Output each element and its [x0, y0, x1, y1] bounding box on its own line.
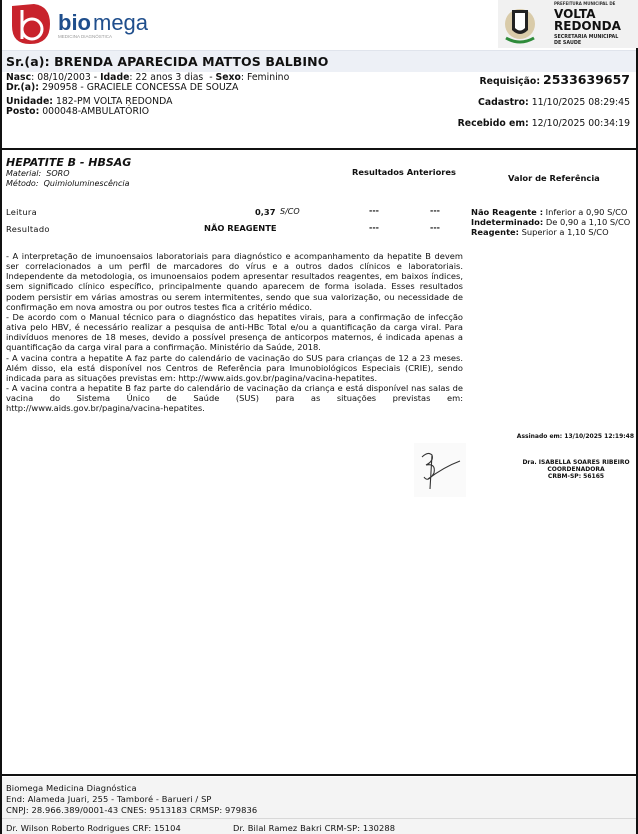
patient-name-bar: Sr.(a): BRENDA APARECIDA MATTOS BALBINO: [2, 50, 636, 72]
footer-divider: [0, 774, 638, 776]
svg-text:MEDICINA DIAGNÓSTICA: MEDICINA DIAGNÓSTICA: [58, 33, 112, 39]
reference-indeterminate: Indeterminado: De 0,90 a 1,10 S/CO: [471, 217, 636, 227]
reference-reactive: Reagente: Superior a 1,10 S/CO: [471, 227, 636, 237]
volta-redonda-logo: PREFEITURA MUNICIPAL DE VOLTA REDONDA SE…: [498, 0, 638, 48]
row-label-resultado: Resultado: [6, 224, 50, 234]
signer-role: COORDENADORA: [516, 466, 636, 473]
footer-responsible-2: Dr. Bilal Ramez Bakri CRM-SP: 130288: [233, 823, 395, 833]
prev-result: ---: [430, 206, 440, 215]
signer-registration: CRBM-SP: 56165: [516, 473, 636, 480]
patient-name: Sr.(a): BRENDA APARECIDA MATTOS BALBINO: [6, 54, 328, 69]
note-paragraph: - A vacina contra a hepatite A faz parte…: [6, 353, 463, 383]
svg-text:mega: mega: [93, 10, 148, 35]
note-paragraph: - A interpretação de imunoensaios labora…: [6, 251, 463, 312]
svg-text:PREFEITURA MUNICIPAL DE: PREFEITURA MUNICIPAL DE: [554, 1, 616, 6]
signed-at: Assinado em: 13/10/2025 12:19:48: [517, 433, 634, 440]
exam-title: HEPATITE B - HBSAG: [6, 156, 131, 169]
prev-result: ---: [369, 206, 379, 215]
section-divider: [0, 148, 638, 150]
signer-block: Dra. ISABELLA SOARES RIBEIRO COORDENADOR…: [516, 459, 636, 480]
exam-material: Material: SORO: [6, 169, 70, 178]
row-unit-leitura: S/CO: [280, 207, 300, 216]
reference-values: Não Reagente : Inferior a 0,90 S/CO Inde…: [471, 207, 636, 237]
footer-company: Biomega Medicina Diagnóstica: [6, 783, 137, 793]
exam-notes: - A interpretação de imunoensaios labora…: [6, 251, 463, 414]
row-value-resultado: NÃO REAGENTE: [204, 223, 277, 233]
biomega-logo: bio mega MEDICINA DIAGNÓSTICA: [8, 2, 148, 46]
prev-result: ---: [369, 223, 379, 232]
svg-text:bio: bio: [58, 10, 91, 35]
signer-name: Dra. ISABELLA SOARES RIBEIRO: [516, 459, 636, 466]
registered-date: Cadastro: 11/10/2025 08:29:45: [478, 97, 630, 108]
footer-address: End: Alameda Juari, 255 - Tamboré - Baru…: [6, 794, 212, 804]
reference-nonreactive: Não Reagente : Inferior a 0,90 S/CO: [471, 207, 636, 217]
prev-result: ---: [430, 223, 440, 232]
note-paragraph: - A vacina contra a hepatite B faz parte…: [6, 383, 463, 413]
patient-doctor-line: Dr.(a): 290958 - GRACIELE CONCESSA DE SO…: [6, 83, 238, 93]
previous-results-header: Resultados Anteriores: [352, 167, 456, 177]
report-header: bio mega MEDICINA DIAGNÓSTICA PREFEITURA…: [2, 0, 636, 50]
footer-responsible-1: Dr. Wilson Roberto Rodrigues CRF: 15104: [6, 823, 181, 833]
signature-image: [414, 443, 466, 497]
received-date: Recebido em: 12/10/2025 00:34:19: [458, 118, 630, 129]
reference-header: Valor de Referência: [508, 173, 600, 183]
svg-text:DE SAUDE: DE SAUDE: [554, 40, 581, 46]
exam-method: Método: Quimioluminescência: [6, 179, 130, 188]
footer-ids: CNPJ: 28.966.389/0001-43 CNES: 9513183 C…: [6, 805, 257, 815]
note-paragraph: - De acordo com o Manual técnico para o …: [6, 312, 463, 353]
row-label-leitura: Leitura: [6, 207, 37, 217]
patient-post-line: Posto: 000048-AMBULATÓRIO: [6, 107, 149, 117]
row-value-leitura: 0,37: [255, 207, 275, 217]
footer-separator: [2, 818, 636, 819]
request-number: Requisição: 2533639657: [480, 72, 631, 87]
svg-text:REDONDA: REDONDA: [554, 19, 622, 33]
report-footer: Biomega Medicina Diagnóstica End: Alamed…: [2, 777, 636, 834]
svg-text:SECRETARIA MUNICIPAL: SECRETARIA MUNICIPAL: [554, 34, 618, 40]
